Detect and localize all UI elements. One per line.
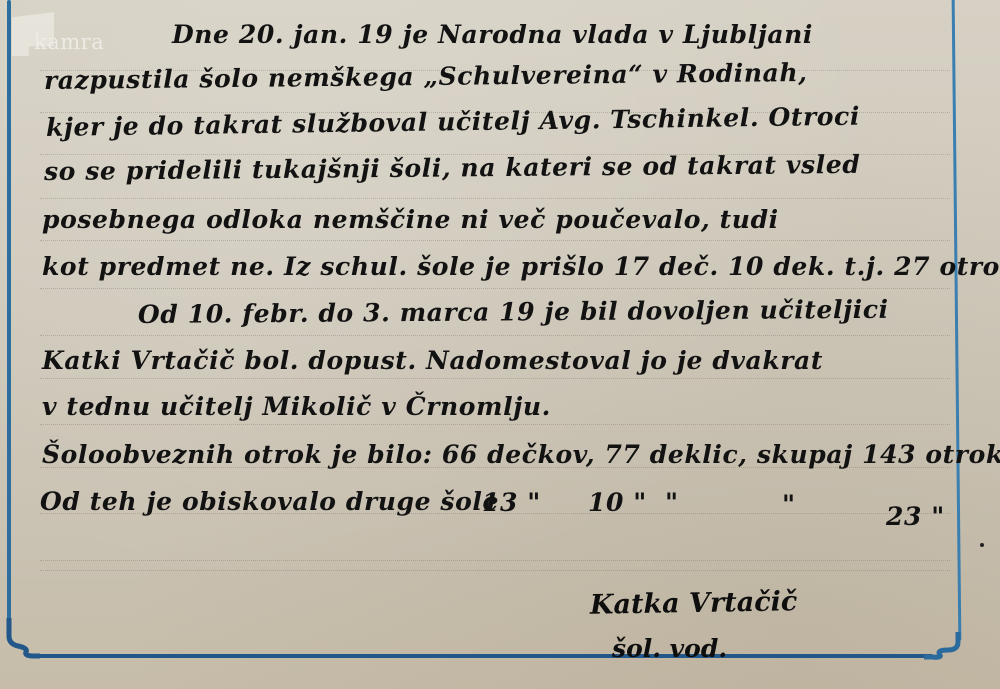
- handwritten-line: kot predmet ne. Iz schul. šole je prišlo…: [42, 252, 1000, 281]
- ditto-mark: ": [782, 490, 796, 519]
- ruled-line: [40, 378, 950, 379]
- ruled-line: [40, 570, 950, 571]
- handwritten-line: Katki Vrtačič bol. dopust. Nadomestoval …: [42, 346, 823, 375]
- watermark-text: kamra: [34, 30, 104, 54]
- signature-name: Katka Vrtačič: [590, 586, 798, 621]
- boys-count: 13 ": [482, 488, 541, 517]
- handwritten-line: Dne 20. jan. 19 je Narodna vlada v Ljubl…: [172, 20, 813, 49]
- frame-corner-bottom-left-icon: [4, 618, 40, 660]
- frame-border-left: [7, 0, 11, 622]
- handwritten-line: posebnega odloka nemščine ni več poučeva…: [42, 205, 779, 234]
- ruled-line: [40, 560, 950, 561]
- total-count: 23 ": [886, 502, 945, 531]
- ruled-line: [40, 198, 950, 199]
- enrollment-total-line: Šoloobveznih otrok je bilo: 66 dečkov, 7…: [42, 440, 1000, 469]
- other-schools-label: Od teh je obiskovalo druge šole: [40, 487, 499, 516]
- ink-dot: [980, 543, 984, 547]
- ruled-line: [40, 424, 950, 425]
- signature-title: šol. vod.: [612, 634, 727, 663]
- ruled-line: [40, 335, 950, 336]
- frame-corner-bottom-right-icon: [924, 632, 964, 662]
- ditto-mark: ": [665, 488, 679, 517]
- handwritten-line: Od 10. febr. do 3. marca 19 je bil dovol…: [138, 295, 889, 329]
- girls-count: 10 ": [588, 488, 647, 517]
- document-page: kamra Dne 20. jan. 19 je Narodna vlada v…: [0, 0, 1000, 689]
- handwritten-line: v tednu učitelj Mikolič v Črnomlju.: [42, 392, 551, 421]
- ruled-line: [40, 288, 950, 289]
- frame-border-bottom: [32, 654, 932, 658]
- ruled-line: [40, 240, 950, 241]
- watermark: kamra: [12, 12, 112, 62]
